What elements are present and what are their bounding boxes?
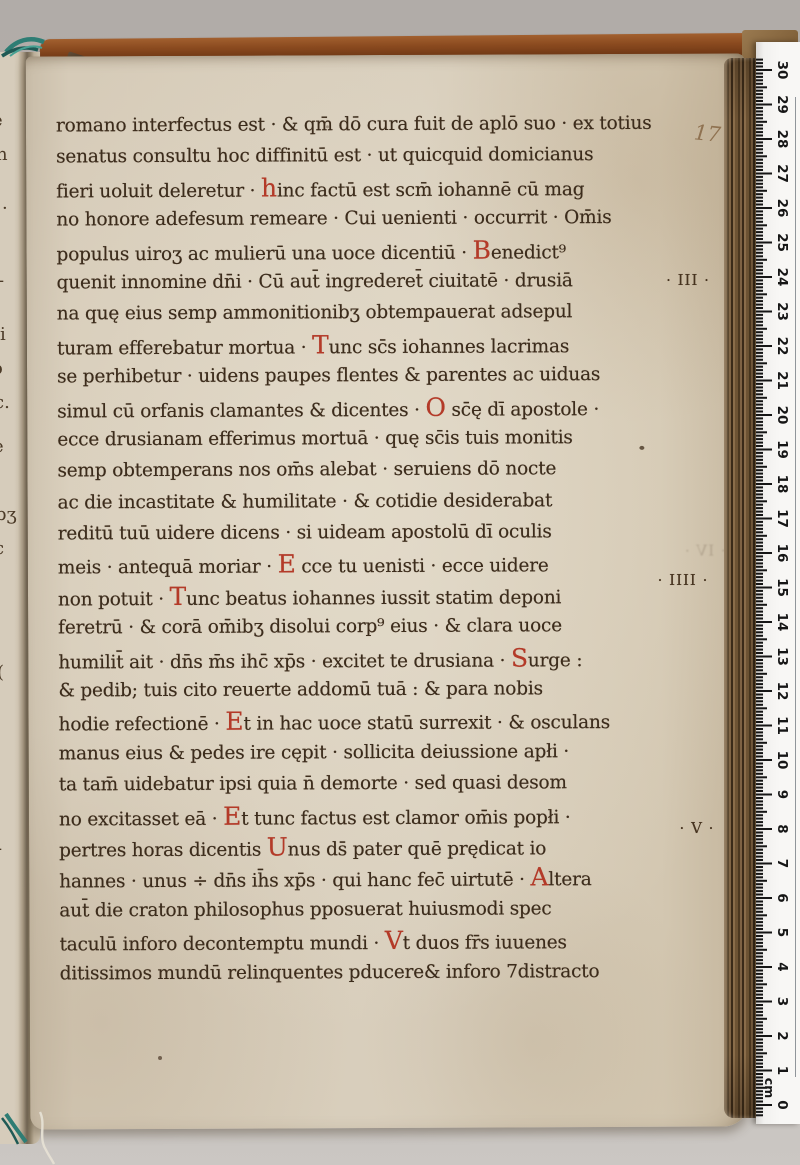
ruler-number: 20 <box>774 406 790 425</box>
ruler-number: 13 <box>774 647 790 666</box>
facing-page-letter-fragment: i <box>0 326 6 344</box>
text-line: ecce drusianam efferimus mortuā · quę sc… <box>57 422 657 456</box>
rubricated-initial: V <box>385 926 403 955</box>
ruler-number: 25 <box>774 233 790 252</box>
manuscript-photo: en·-ioc.ebʒc(- romano interfectus est · … <box>0 0 800 1165</box>
ruler-number: 23 <box>774 302 790 321</box>
ruler-number: 7 <box>774 859 790 868</box>
ruler-number: 4 <box>774 962 790 971</box>
text-segment: quenit innomine dn̄i · Cū aut̄ ingredere… <box>57 270 573 293</box>
rubricated-initial: A <box>530 863 548 892</box>
rubricated-initial: E <box>225 707 243 736</box>
text-segment: no excitasset eā · <box>59 808 223 830</box>
facing-page-letter-fragment: e <box>0 112 3 130</box>
text-segment: ta tam̄ uidebatur ipsi quia n̄ demorte ·… <box>59 772 567 795</box>
text-line: manus eius & pedes ire cępit · sollicita… <box>59 736 659 770</box>
facing-page-letter-fragment: - <box>0 272 4 290</box>
facing-page-letter-fragment: · <box>2 200 8 218</box>
text-line: na quę eius semp ammonitionibʒ obtempaue… <box>57 296 657 330</box>
manuscript-text: romano interfectus est · & qm̄ dō cura f… <box>56 108 660 990</box>
ruler-number: 10 <box>774 751 790 770</box>
ruler-number: 9 <box>774 790 790 799</box>
ruler-number: 1 <box>774 1066 790 1075</box>
ruler: 3029282726252423222120191817161514131211… <box>756 42 800 1124</box>
ruler-number: 0 <box>774 1100 790 1109</box>
rubricated-initial: S <box>511 643 528 672</box>
text-line: non potuit · Tunc beatus iohannes iussit… <box>58 579 658 613</box>
ruler-number: 27 <box>774 164 790 183</box>
text-line: romano interfectus est · & qm̄ dō cura f… <box>56 108 656 142</box>
text-line: populus uiroʒ ac mulierū una uoce dicent… <box>56 233 656 267</box>
rubricated-initial: O <box>425 392 445 421</box>
text-line: ta tam̄ uidebatur ipsi quia n̄ demorte ·… <box>59 767 659 801</box>
rubricated-initial: T <box>312 330 329 359</box>
margin-numeral: · IIII · <box>658 571 709 589</box>
ruler-unit-label: cm <box>762 1078 777 1098</box>
text-segment: unc sc̄s iohannes lacrimas <box>328 336 569 358</box>
ruler-number: 11 <box>774 716 790 735</box>
text-segment: taculū inforo decontemptu mundi · <box>59 933 384 955</box>
ruler-number: 30 <box>774 61 790 80</box>
text-segment: se perhibetur · uidens paupes flentes & … <box>57 364 600 387</box>
ruler-number: 15 <box>774 578 790 597</box>
rubricated-initial: h <box>261 173 277 202</box>
text-segment: ditissimos mundū relinquentes pducere& i… <box>60 961 600 984</box>
ruler-number: 5 <box>774 928 790 937</box>
text-line: hannes · unus ÷ dn̄s ih̄s xp̄s · qui han… <box>59 861 659 895</box>
rubricated-initial: E <box>278 550 296 579</box>
folio-number: 17 <box>693 120 722 147</box>
ruler-number: 18 <box>774 475 790 494</box>
ruler-number: 21 <box>774 371 790 390</box>
rubricated-initial: T <box>170 582 187 611</box>
text-segment: aut̄ die craton philosophus pposuerat hu… <box>59 898 551 921</box>
text-segment: pertres horas dicentis <box>59 840 267 862</box>
ruler-number: 17 <box>774 509 790 528</box>
ruler-number: 19 <box>774 440 790 459</box>
text-segment: turam efferebatur mortua · <box>57 337 312 359</box>
text-segment: reditū tuū uidere dicens · si uideam apo… <box>58 521 552 544</box>
text-line: no excitasset eā · Et tunc factus est cl… <box>59 798 659 832</box>
text-segment: urge : <box>528 650 583 671</box>
ruler-number: 22 <box>774 337 790 356</box>
text-segment: populus uiroʒ ac mulierū una uoce dicent… <box>56 242 472 265</box>
text-line: se perhibetur · uidens paupes flentes & … <box>57 359 657 393</box>
text-segment: unc beatus iohannes iussit statim deponi <box>186 587 561 610</box>
text-segment: t in hac uoce statū surrexit · & osculan… <box>243 712 610 735</box>
text-line: reditū tuū uidere dicens · si uideam apo… <box>58 516 658 550</box>
text-segment: simul cū orfanis clamantes & dicentes · <box>57 399 425 422</box>
showthrough-note: · IV · <box>684 542 726 560</box>
text-line: feretrū · & corā om̄ibʒ disolui corp⁹ ei… <box>58 610 658 644</box>
text-line: pertres horas dicentis Unus ds̄ pater qu… <box>59 830 659 864</box>
text-segment: senatus consultu hoc diffinitū est · ut … <box>56 144 593 167</box>
text-segment: romano interfectus est · & qm̄ dō cura f… <box>56 113 652 137</box>
text-segment: non potuit · <box>58 589 170 610</box>
text-segment: cce tu uenisti · ecce uidere <box>296 556 549 578</box>
text-segment: & pedib; tuis cito reuerte addomū tuā : … <box>58 678 543 701</box>
text-segment: hannes · unus ÷ dn̄s ih̄s xp̄s · qui han… <box>59 870 530 893</box>
rubricated-initial: E <box>223 801 241 830</box>
text-segment: na quę eius semp ammonitionibʒ obtempaue… <box>57 302 573 325</box>
text-segment: feretrū · & corā om̄ibʒ disolui corp⁹ ei… <box>58 615 562 638</box>
text-segment: fieri uoluit deleretur · <box>56 180 261 202</box>
text-segment: ac die incastitate & humilitate · & coti… <box>58 490 553 513</box>
ruler-number: 14 <box>774 613 790 632</box>
text-line: senatus consultu hoc diffinitū est · ut … <box>56 139 656 173</box>
text-line: semp obtemperans nos om̄s alebat · serui… <box>57 453 657 487</box>
text-line: taculū inforo decontemptu mundi · Vt duo… <box>59 924 659 958</box>
ruler-number: 3 <box>774 997 790 1006</box>
ruler-number: 6 <box>774 893 790 902</box>
facing-page-letter-fragment: bʒ <box>0 506 17 524</box>
text-line: fieri uoluit deleretur · hinc factū est … <box>56 171 656 205</box>
ruler-number: 28 <box>774 130 790 149</box>
ruler-number: 26 <box>774 199 790 218</box>
text-line: ac die incastitate & humilitate · & coti… <box>58 485 658 519</box>
text-line: & pedib; tuis cito reuerte addomū tuā : … <box>58 673 658 707</box>
text-line: aut̄ die craton philosophus pposuerat hu… <box>59 893 659 927</box>
text-segment: t tunc factus est clamor om̄is popłi · <box>241 807 570 829</box>
text-line: hodie refectionē · Et in hac uoce statū … <box>59 704 659 738</box>
text-segment: meis · antequā moriar · <box>58 557 278 579</box>
text-line: quenit innomine dn̄i · Cū aut̄ ingredere… <box>57 265 657 299</box>
text-line: humilit̄ ait · dn̄s m̄s ihc̄ xp̄s · exci… <box>58 641 658 675</box>
text-segment: hodie refectionē · <box>59 714 226 736</box>
facing-page-letter-fragment: n <box>0 146 8 164</box>
text-segment: no honore adefesum remeare · Cui uenient… <box>56 207 611 230</box>
ruler-number: 29 <box>774 95 790 114</box>
manuscript-page: romano interfectus est · & qm̄ dō cura f… <box>26 53 750 1129</box>
text-segment: humilit̄ ait · dn̄s m̄s ihc̄ xp̄s · exci… <box>58 650 511 673</box>
text-line: turam efferebatur mortua · Tunc sc̄s ioh… <box>57 328 657 362</box>
margin-numeral: · V · <box>680 819 715 837</box>
text-segment: ecce drusianam efferimus mortuā · quę sc… <box>57 427 572 450</box>
rubricated-initial: U <box>267 832 288 861</box>
ruler-number: 24 <box>774 268 790 287</box>
text-line: no honore adefesum remeare · Cui uenient… <box>56 202 656 236</box>
text-segment: manus eius & pedes ire cępit · sollicita… <box>59 741 569 764</box>
ruler-number: 12 <box>774 682 790 701</box>
ink-speck <box>158 1056 162 1060</box>
facing-page-letter-fragment: e <box>0 438 4 456</box>
text-segment: inc factū est scm̄ iohannē cū mag <box>277 179 584 201</box>
text-segment: t duos fr̄s iuuenes <box>403 932 567 954</box>
margin-numeral: · III · <box>666 271 710 289</box>
text-segment: nus ds̄ pater quē prędicat io <box>288 838 547 860</box>
rubricated-initial: B <box>473 235 491 264</box>
text-segment: sc̄ę dī apostole · <box>446 399 599 421</box>
facing-page-letter-fragment: c. <box>0 394 10 412</box>
text-line: simul cū orfanis clamantes & dicentes · … <box>57 390 657 424</box>
facing-page-letter-fragment: c <box>0 540 4 558</box>
text-line: ditissimos mundū relinquentes pducere& i… <box>60 955 660 989</box>
text-segment: enedict⁹ <box>491 242 566 263</box>
ruler-number: 2 <box>774 1031 790 1040</box>
ruler-number: 8 <box>774 824 790 833</box>
facing-page-letter-fragment: - <box>0 840 2 858</box>
facing-page-letter-fragment: o <box>0 360 3 378</box>
text-segment: ltera <box>548 869 591 890</box>
text-line: meis · antequā moriar · E cce tu uenisti… <box>58 547 658 581</box>
ruler-number: 16 <box>774 544 790 563</box>
facing-page-letter-fragment: ( <box>0 664 4 682</box>
text-segment: semp obtemperans nos om̄s alebat · serui… <box>57 459 556 482</box>
